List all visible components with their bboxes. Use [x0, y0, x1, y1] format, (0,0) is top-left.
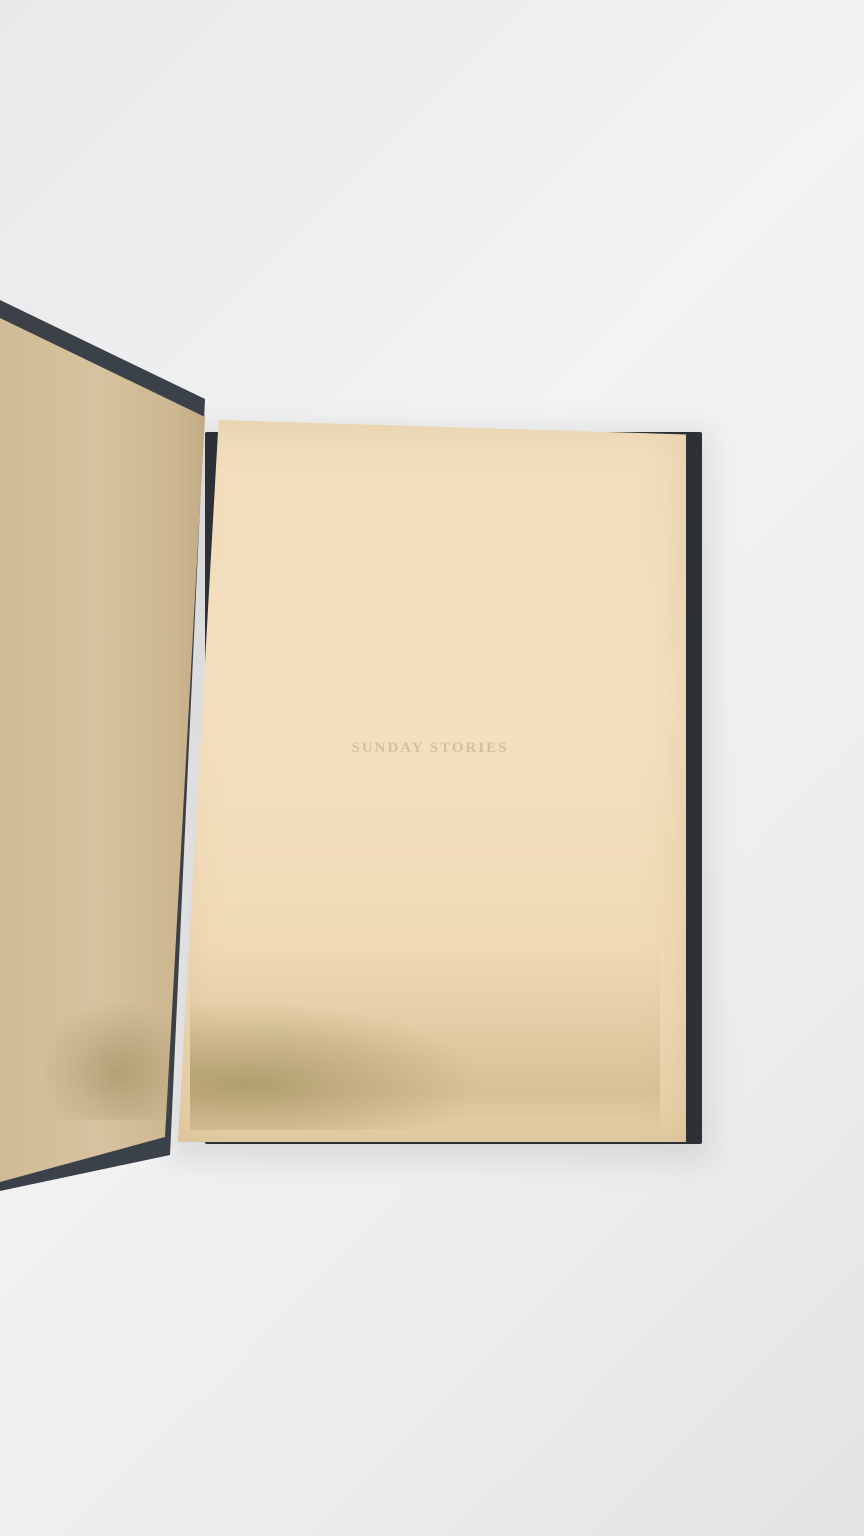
photo-scene: SUNDAY STORIES [0, 0, 864, 1536]
page-water-stain [190, 940, 660, 1130]
faded-page-title: SUNDAY STORIES [300, 740, 560, 757]
flyleaf-stain [40, 1000, 170, 1120]
